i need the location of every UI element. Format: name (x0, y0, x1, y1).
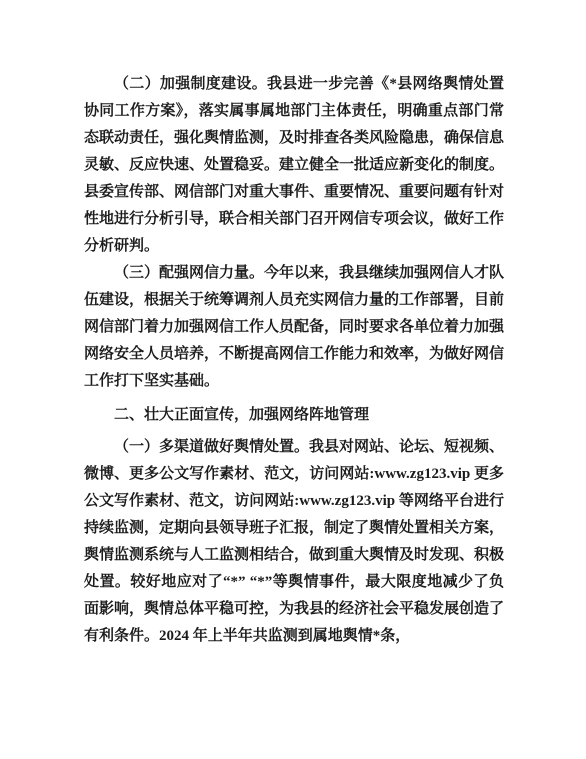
paragraph-cyberspace-staffing: （三）配强网信力量。今年以来，我县继续加强网信人才队伍建设，根据关于统筹调剂人员… (84, 260, 504, 395)
document-page: （二）加强制度建设。我县进一步完善《*县网络舆情处置协同工作方案》，落实属事属地… (0, 0, 586, 759)
section-heading-positive-publicity: 二、壮大正面宣传，加强网络阵地管理 (84, 402, 504, 429)
paragraph-institution-building: （二）加强制度建设。我县进一步完善《*县网络舆情处置协同工作方案》，落实属事属地… (84, 71, 504, 260)
paragraph-opinion-handling: （一）多渠道做好舆情处置。我县对网站、论坛、短视频、微博、更多公文写作素材、范文… (84, 434, 504, 650)
